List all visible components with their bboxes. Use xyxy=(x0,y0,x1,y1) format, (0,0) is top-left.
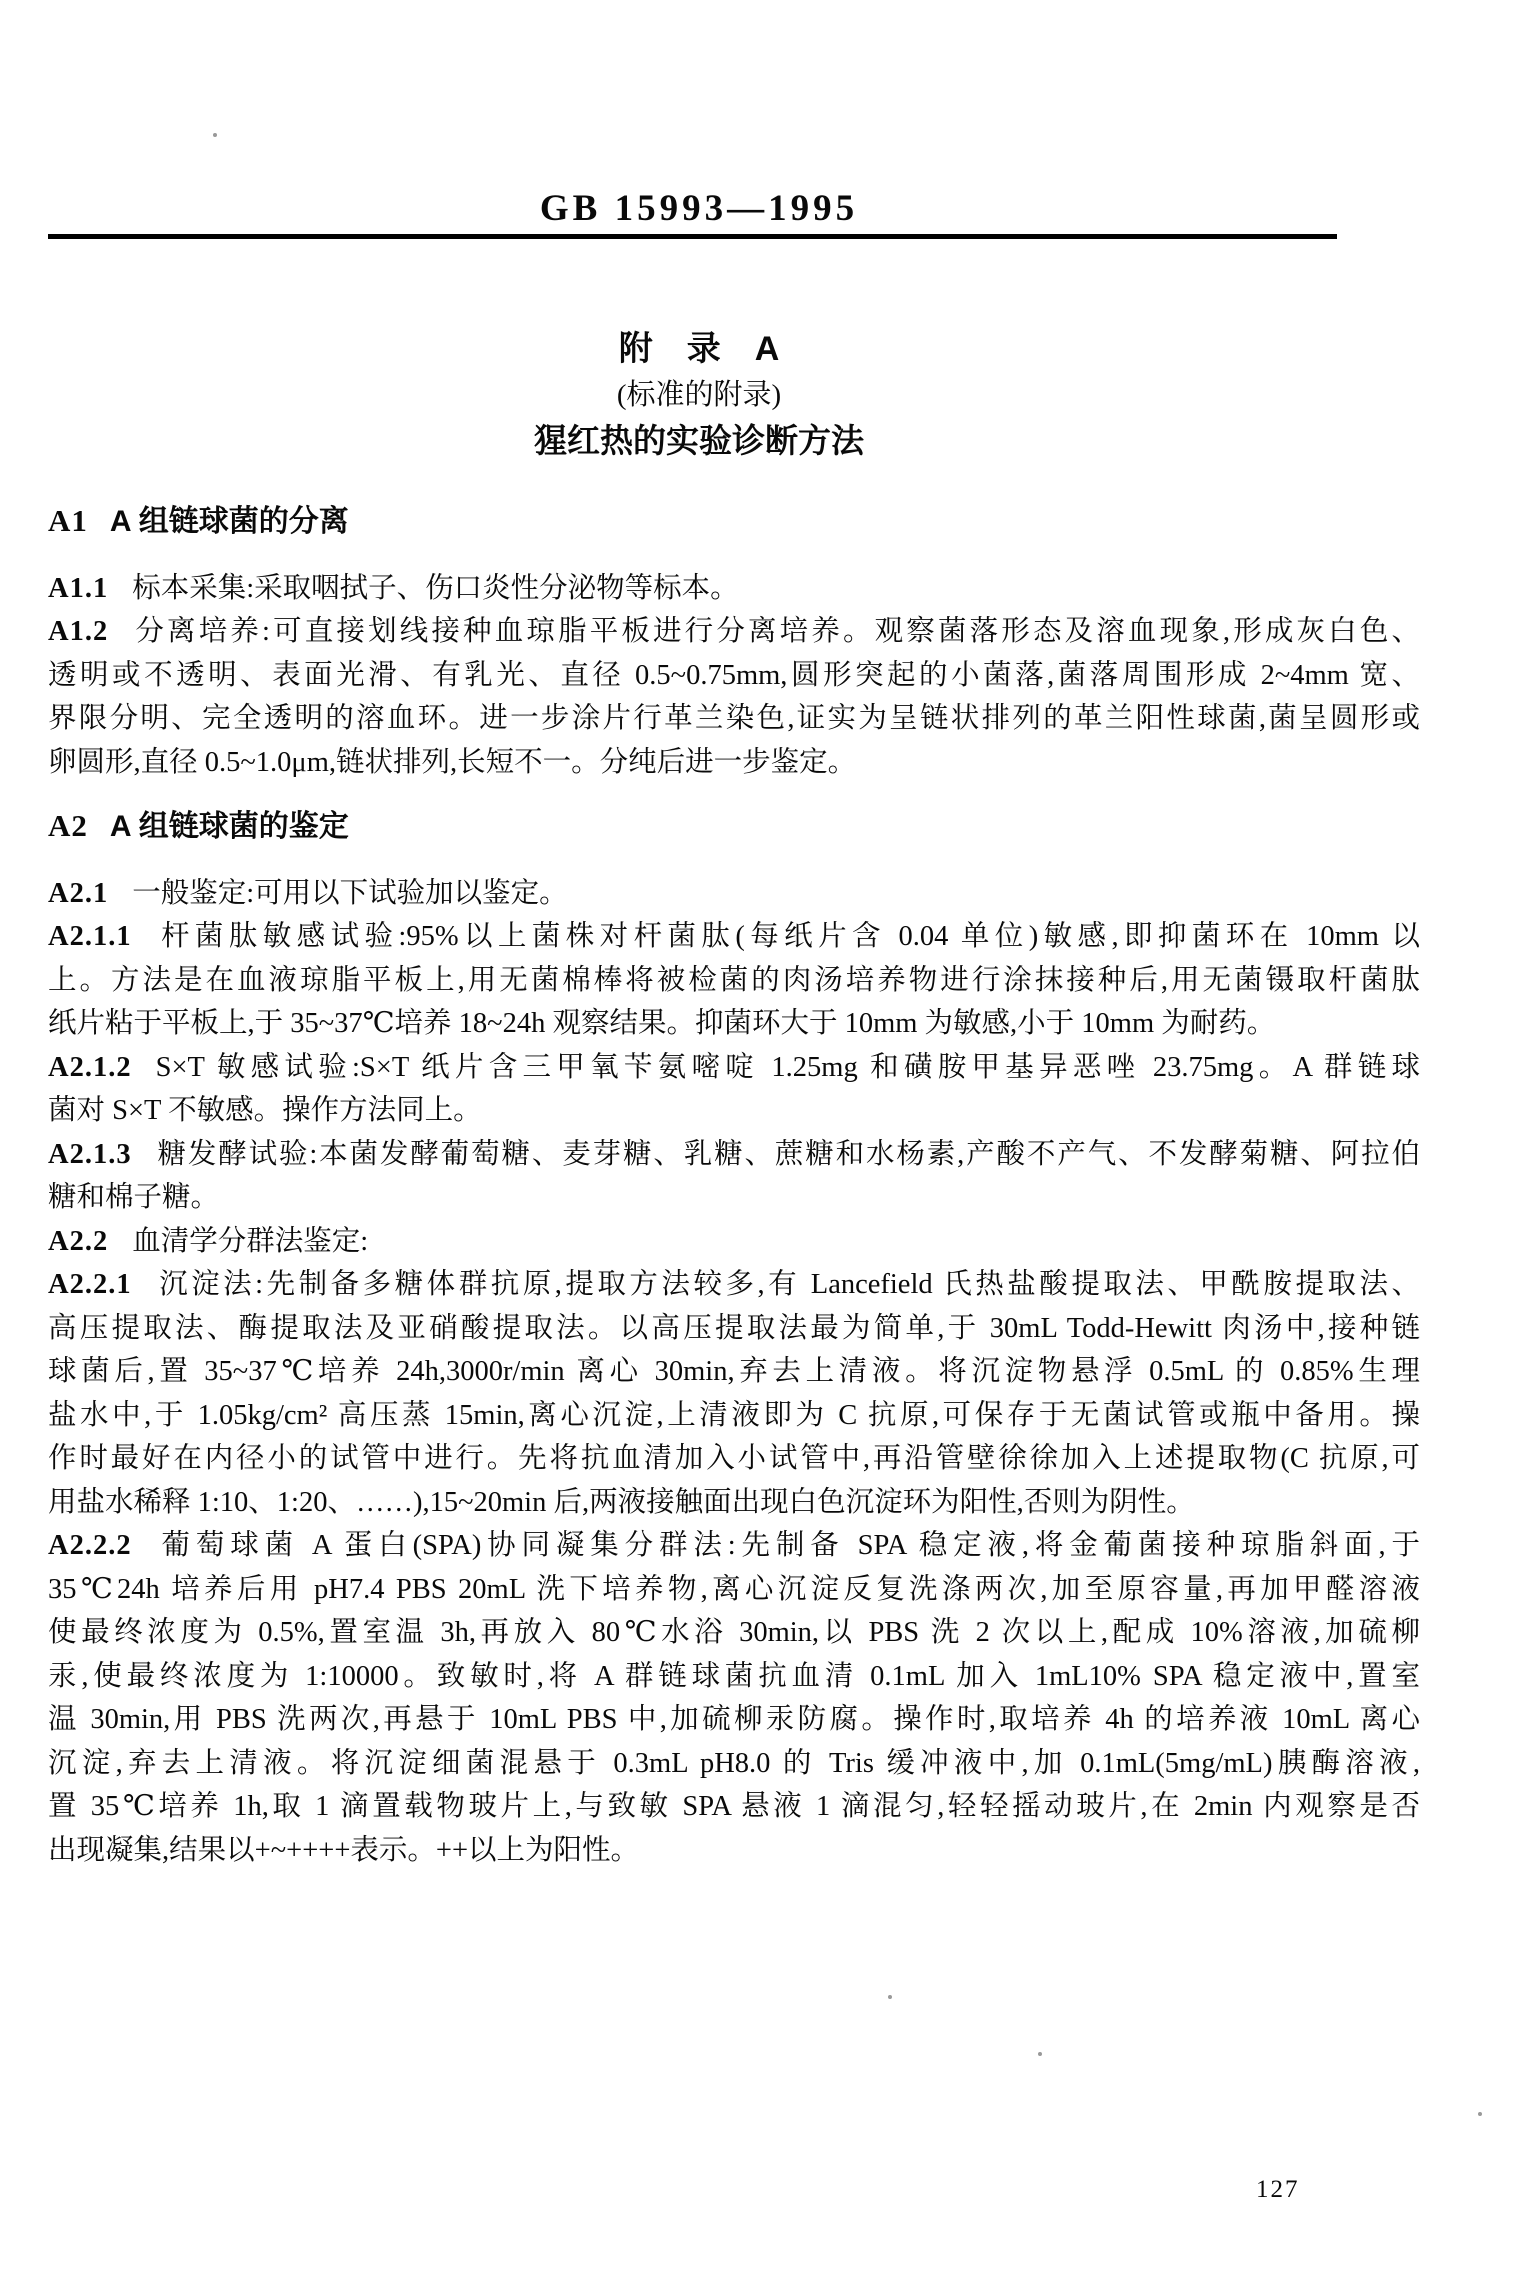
clause-a2.2: A2.2血清学分群法鉴定: xyxy=(48,1220,1420,1264)
clause-text: 沉淀法:先制备多糖体群抗原,提取方法较多,有 Lancefield 氏热盐酸提取… xyxy=(156,1269,1420,1300)
clause-text: 葡萄球菌 A 蛋白(SPA)协同凝集分群法:先制备 SPA 稳定液,将金葡菌接种… xyxy=(156,1530,1420,1561)
clause-text: S×T 敏感试验:S×T 纸片含三甲氧苄氨嘧啶 1.25mg 和磺胺甲基异恶唑 … xyxy=(156,1052,1420,1083)
section-number: A1 xyxy=(48,503,88,538)
appendix-subtitle: (标准的附录) xyxy=(48,372,1350,418)
section-number: A2 xyxy=(48,808,88,843)
clause-text: 血清学分群法鉴定: xyxy=(132,1226,368,1257)
clause-a2.1.1: A2.1.1杆菌肽敏感试验:95%以上菌株对杆菌肽(每纸片含 0.04 单位)敏… xyxy=(48,915,1420,1046)
text-line: 糖和棉子糖。 xyxy=(48,1176,1420,1220)
text-line: 卵圆形,直径 0.5~1.0μm,链状排列,长短不一。分纯后进一步鉴定。 xyxy=(48,741,1420,785)
clause-text: 糖发酵试验:本菌发酵葡萄糖、麦芽糖、乳糖、蔗糖和水杨素,产酸不产气、不发酵菊糖、… xyxy=(156,1139,1420,1170)
text-line: 盐水中,于 1.05kg/cm² 高压蒸 15min,离心沉淀,上清液即为 C … xyxy=(48,1394,1420,1438)
text-line: 出现凝集,结果以+~++++表示。++以上为阳性。 xyxy=(48,1829,1420,1873)
scan-speck xyxy=(213,133,217,137)
clause-number: A2.1 xyxy=(48,878,108,909)
section-a2: A2A 组链球菌的鉴定A2.1一般鉴定:可用以下试验加以鉴定。A2.1.1杆菌肽… xyxy=(48,804,1420,1872)
clause-a2.1.3: A2.1.3糖发酵试验:本菌发酵葡萄糖、麦芽糖、乳糖、蔗糖和水杨素,产酸不产气、… xyxy=(48,1133,1420,1220)
document-body: A1A 组链球菌的分离A1.1标本采集:采取咽拭子、伤口炎性分泌物等标本。A1.… xyxy=(48,499,1420,1872)
text-line: 上。方法是在血液琼脂平板上,用无菌棉棒将被检菌的肉汤培养物进行涂抹接种后,用无菌… xyxy=(48,959,1420,1003)
text-line: 纸片粘于平板上,于 35~37℃培养 18~24h 观察结果。抑菌环大于 10m… xyxy=(48,1002,1420,1046)
text-line: A2.1一般鉴定:可用以下试验加以鉴定。 xyxy=(48,872,1420,916)
clause-a1.1: A1.1标本采集:采取咽拭子、伤口炎性分泌物等标本。 xyxy=(48,567,1420,611)
text-line: 球菌后,置 35~37℃培养 24h,3000r/min 离心 30min,弃去… xyxy=(48,1350,1420,1394)
text-line: A1.2分离培养:可直接划线接种血琼脂平板进行分离培养。观察菌落形态及溶血现象,… xyxy=(48,610,1420,654)
standard-code: GB 15993—1995 xyxy=(48,191,1420,227)
document-page: GB 15993—1995 附 录 A (标准的附录) 猩红热的实验诊断方法 A… xyxy=(0,0,1536,2285)
section-title: A 组链球菌的分离 xyxy=(110,505,349,538)
text-line: 高压提取法、酶提取法及亚硝酸提取法。以高压提取法最为简单,于 30mL Todd… xyxy=(48,1307,1420,1351)
text-line: A2.2.1沉淀法:先制备多糖体群抗原,提取方法较多,有 Lancefield … xyxy=(48,1263,1420,1307)
text-line: 使最终浓度为 0.5%,置室温 3h,再放入 80℃水浴 30min,以 PBS… xyxy=(48,1611,1420,1655)
text-line: 沉淀,弃去上清液。将沉淀细菌混悬于 0.3mL pH8.0 的 Tris 缓冲液… xyxy=(48,1742,1420,1786)
scan-speck xyxy=(1478,2112,1482,2116)
text-line: 温 30min,用 PBS 洗两次,再悬于 10mL PBS 中,加硫柳汞防腐。… xyxy=(48,1698,1420,1742)
title-block: 附 录 A (标准的附录) 猩红热的实验诊断方法 xyxy=(48,326,1420,464)
text-line: 用盐水稀释 1:10、1:20、……),15~20min 后,两液接触面出现白色… xyxy=(48,1481,1420,1525)
text-line: 汞,使最终浓度为 1:10000。致敏时,将 A 群链球菌抗血清 0.1mL 加… xyxy=(48,1655,1420,1699)
clause-text: 分离培养:可直接划线接种血琼脂平板进行分离培养。观察菌落形态及溶血现象,形成灰白… xyxy=(132,616,1420,647)
text-line: A2.1.2S×T 敏感试验:S×T 纸片含三甲氧苄氨嘧啶 1.25mg 和磺胺… xyxy=(48,1046,1420,1090)
text-line: 菌对 S×T 不敏感。操作方法同上。 xyxy=(48,1089,1420,1133)
scan-speck xyxy=(888,1995,892,1999)
section-heading: A2A 组链球菌的鉴定 xyxy=(48,804,1420,850)
page-number: 127 xyxy=(1256,2176,1300,2204)
text-line: 作时最好在内径小的试管中进行。先将抗血清加入小试管中,再沿管壁徐徐加入上述提取物… xyxy=(48,1437,1420,1481)
clause-text: 标本采集:采取咽拭子、伤口炎性分泌物等标本。 xyxy=(132,573,738,604)
header-rule xyxy=(48,234,1337,239)
section-title: A 组链球菌的鉴定 xyxy=(110,810,349,843)
clause-number: A2.1.2 xyxy=(48,1052,132,1083)
clause-number: A2.2.1 xyxy=(48,1269,132,1300)
text-line: A2.1.3糖发酵试验:本菌发酵葡萄糖、麦芽糖、乳糖、蔗糖和水杨素,产酸不产气、… xyxy=(48,1133,1420,1177)
clause-number: A2.2.2 xyxy=(48,1530,132,1561)
text-line: 置 35℃培养 1h,取 1 滴置载物玻片上,与致敏 SPA 悬液 1 滴混匀,… xyxy=(48,1785,1420,1829)
text-line: A2.2血清学分群法鉴定: xyxy=(48,1220,1420,1264)
clause-a1.2: A1.2分离培养:可直接划线接种血琼脂平板进行分离培养。观察菌落形态及溶血现象,… xyxy=(48,610,1420,784)
text-line: 透明或不透明、表面光滑、有乳光、直径 0.5~0.75mm,圆形突起的小菌落,菌… xyxy=(48,654,1420,698)
clause-number: A1.1 xyxy=(48,573,108,604)
clause-a2.1: A2.1一般鉴定:可用以下试验加以鉴定。 xyxy=(48,872,1420,916)
clause-number: A2.1.1 xyxy=(48,921,132,952)
section-a1: A1A 组链球菌的分离A1.1标本采集:采取咽拭子、伤口炎性分泌物等标本。A1.… xyxy=(48,499,1420,784)
text-line: A1.1标本采集:采取咽拭子、伤口炎性分泌物等标本。 xyxy=(48,567,1420,611)
section-heading: A1A 组链球菌的分离 xyxy=(48,499,1420,545)
text-line: 界限分明、完全透明的溶血环。进一步涂片行革兰染色,证实为呈链状排列的革兰阳性球菌… xyxy=(48,697,1420,741)
text-line: A2.1.1杆菌肽敏感试验:95%以上菌株对杆菌肽(每纸片含 0.04 单位)敏… xyxy=(48,915,1420,959)
clause-text: 一般鉴定:可用以下试验加以鉴定。 xyxy=(132,878,567,909)
text-line: 35℃24h 培养后用 pH7.4 PBS 20mL 洗下培养物,离心沉淀反复洗… xyxy=(48,1568,1420,1612)
text-line: A2.2.2葡萄球菌 A 蛋白(SPA)协同凝集分群法:先制备 SPA 稳定液,… xyxy=(48,1524,1420,1568)
clause-a2.2.1: A2.2.1沉淀法:先制备多糖体群抗原,提取方法较多,有 Lancefield … xyxy=(48,1263,1420,1524)
document-title: 猩红热的实验诊断方法 xyxy=(48,418,1350,464)
clause-text: 杆菌肽敏感试验:95%以上菌株对杆菌肽(每纸片含 0.04 单位)敏感,即抑菌环… xyxy=(156,921,1420,952)
clause-number: A2.2 xyxy=(48,1226,108,1257)
clause-a2.2.2: A2.2.2葡萄球菌 A 蛋白(SPA)协同凝集分群法:先制备 SPA 稳定液,… xyxy=(48,1524,1420,1872)
scan-speck xyxy=(1038,2052,1042,2056)
clause-number: A2.1.3 xyxy=(48,1139,132,1170)
clause-number: A1.2 xyxy=(48,616,108,647)
appendix-title: 附 录 A xyxy=(48,326,1350,372)
clause-a2.1.2: A2.1.2S×T 敏感试验:S×T 纸片含三甲氧苄氨嘧啶 1.25mg 和磺胺… xyxy=(48,1046,1420,1133)
